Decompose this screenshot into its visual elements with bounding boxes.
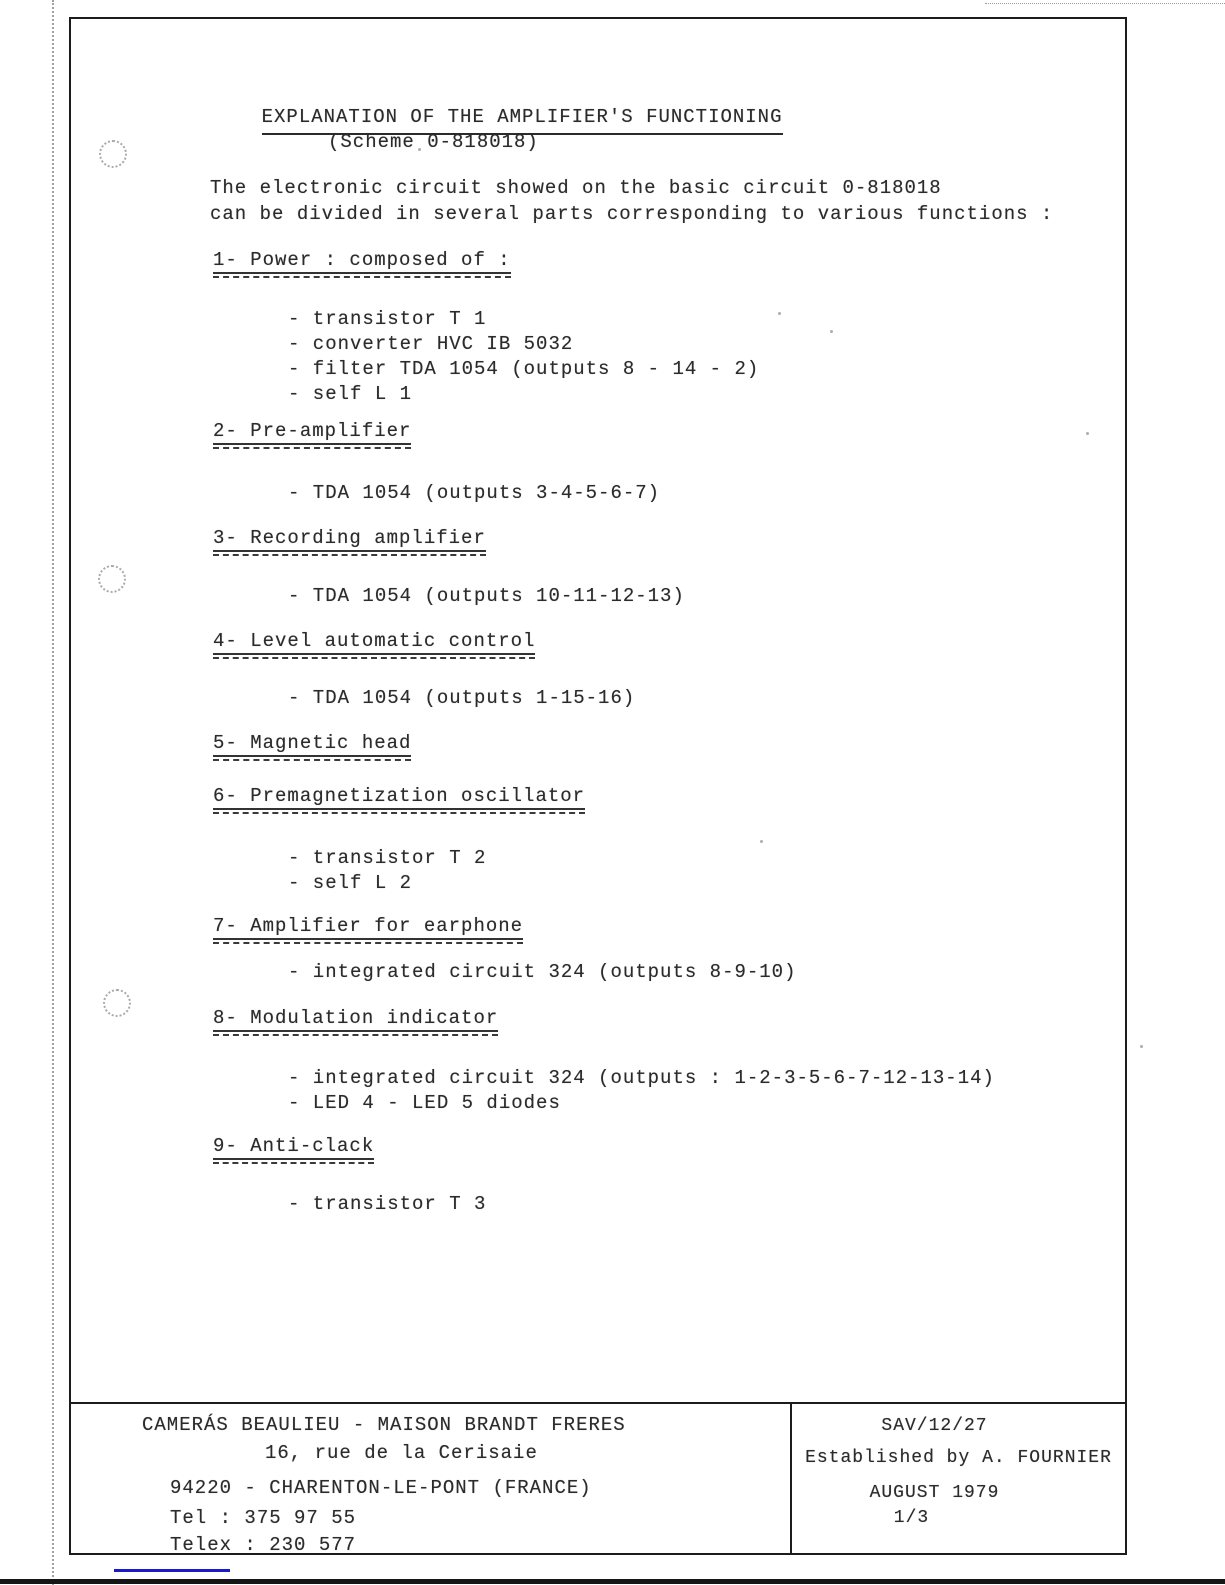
list-item: - transistor T 2	[288, 847, 486, 869]
company-phone: Tel : 375 97 55	[170, 1507, 356, 1529]
company-city: 94220 - CHARENTON-LE-PONT (FRANCE)	[170, 1477, 592, 1499]
footer-table: CAMERÁS BEAULIEU - MAISON BRANDT FRERES …	[71, 1402, 1125, 1553]
scan-speck	[1140, 1045, 1143, 1048]
section-heading-level-automatic-control: 4- Level automatic control	[213, 630, 535, 659]
section-heading-magnetic-head: 5- Magnetic head	[213, 732, 411, 761]
document-reference-code: SAV/12/27	[768, 1416, 1101, 1436]
section-heading-amplifier-for-earphone: 7- Amplifier for earphone	[213, 915, 523, 944]
company-name: CAMERÁS BEAULIEU - MAISON BRANDT FRERES	[142, 1414, 626, 1436]
list-item: - self L 1	[288, 383, 412, 405]
list-item: - self L 2	[288, 872, 412, 894]
section-heading-modulation-indicator: 8- Modulation indicator	[213, 1007, 498, 1036]
list-item: - TDA 1054 (outputs 10-11-12-13)	[288, 585, 685, 607]
scheme-subtitle: (Scheme 0-818018)	[328, 131, 539, 153]
section-heading-preamplifier: 2- Pre-amplifier	[213, 420, 411, 449]
section-heading-power: 1- Power : composed of :	[213, 249, 511, 278]
list-item: - TDA 1054 (outputs 3-4-5-6-7)	[288, 482, 660, 504]
scanned-document-page: CAMERÁS BEAULIEU - MAISON BRANDT FRERES …	[0, 0, 1225, 1585]
section-heading-premagnetization-oscillator: 6- Premagnetization oscillator	[213, 785, 585, 814]
intro-paragraph-line1: The electronic circuit showed on the bas…	[210, 177, 942, 199]
established-by: Established by A. FOURNIER	[792, 1448, 1125, 1468]
list-item: - converter HVC IB 5032	[288, 333, 573, 355]
list-item: - integrated circuit 324 (outputs 8-9-10…	[288, 961, 796, 983]
list-item: - LED 4 - LED 5 diodes	[288, 1092, 561, 1114]
list-item: - filter TDA 1054 (outputs 8 - 14 - 2)	[288, 358, 759, 380]
scan-top-dotted-line	[985, 3, 1225, 4]
document-date: AUGUST 1979	[768, 1483, 1101, 1503]
list-item: - TDA 1054 (outputs 1-15-16)	[288, 687, 635, 709]
blue-pen-line	[114, 1569, 230, 1572]
list-item: - transistor T 1	[288, 308, 486, 330]
section-heading-anti-clack: 9- Anti-clack	[213, 1135, 374, 1164]
scan-edge-dotted-line	[52, 0, 54, 1585]
footer-company-cell: CAMERÁS BEAULIEU - MAISON BRANDT FRERES …	[71, 1404, 790, 1553]
section-heading-recording-amplifier: 3- Recording amplifier	[213, 527, 486, 556]
list-item: - transistor T 3	[288, 1193, 486, 1215]
company-telex: Telex : 230 577	[170, 1534, 356, 1556]
company-street: 16, rue de la Cerisaie	[265, 1442, 538, 1464]
page-number: 1/3	[745, 1508, 1078, 1528]
footer-reference-cell: SAV/12/27 Established by A. FOURNIER AUG…	[790, 1404, 1125, 1553]
list-item: - integrated circuit 324 (outputs : 1-2-…	[288, 1067, 995, 1089]
intro-paragraph-line2: can be divided in several parts correspo…	[210, 203, 1053, 225]
scan-bottom-edge	[0, 1579, 1225, 1584]
